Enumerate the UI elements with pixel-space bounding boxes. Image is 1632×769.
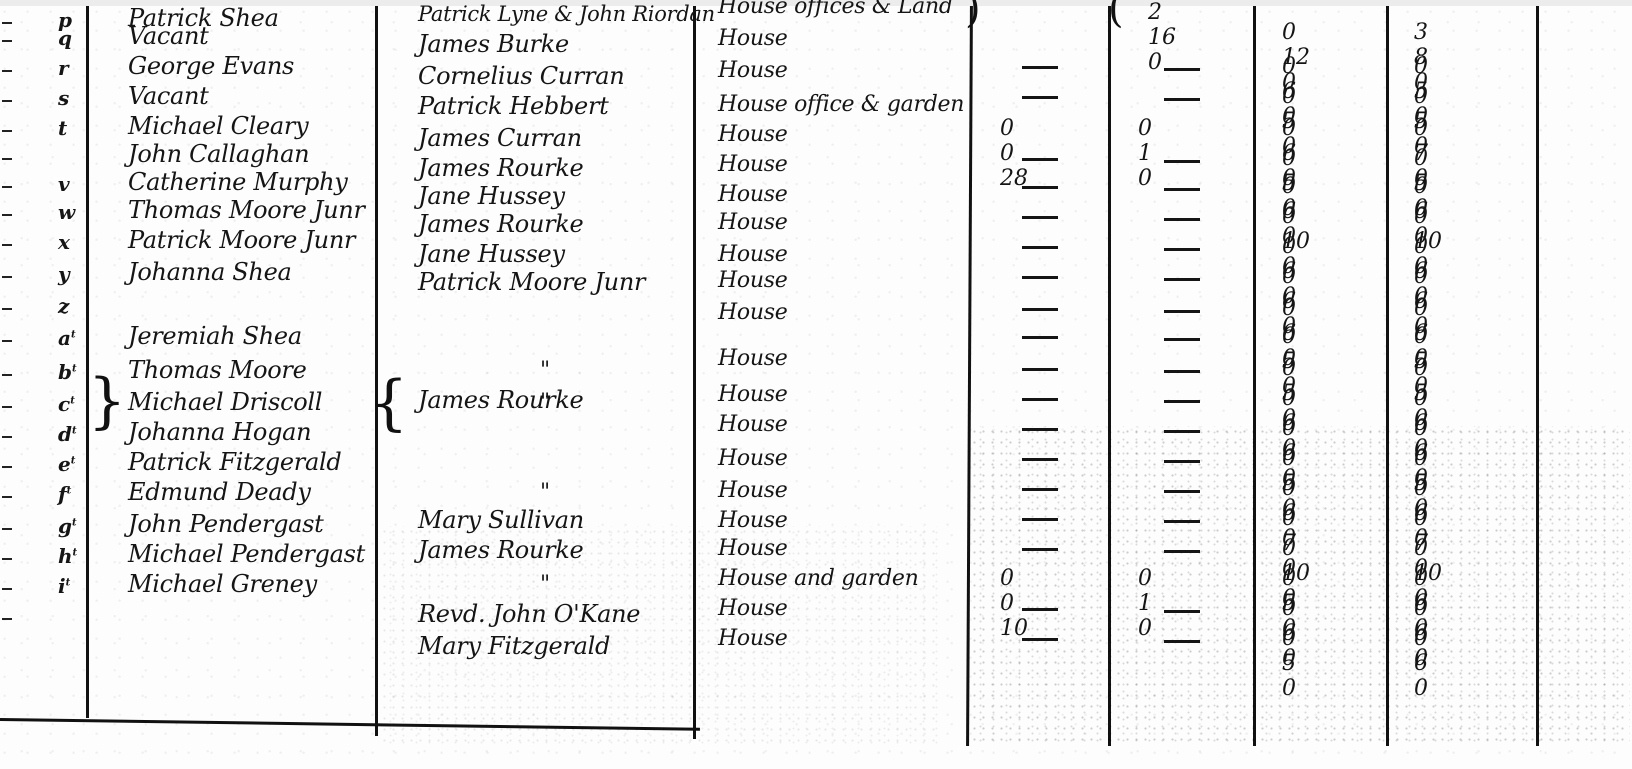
empty-dash [1022, 398, 1058, 401]
empty-dash [1022, 158, 1058, 161]
occupier-name: Michael Greney [128, 570, 317, 598]
empty-dash [1022, 66, 1058, 69]
map-reference: dt [58, 422, 77, 446]
empty-dash [1022, 186, 1058, 189]
empty-dash [1022, 246, 1058, 249]
map-reference: ht [58, 544, 77, 568]
property-description: House [718, 596, 787, 621]
lessor-name: James Rourke [418, 210, 583, 238]
margin-tick [2, 186, 12, 188]
margin-tick [2, 22, 12, 24]
lessor-name: James Burke [418, 30, 569, 58]
map-reference: z [58, 294, 69, 318]
property-description: House [718, 242, 787, 267]
property-description: House [718, 536, 787, 561]
property-description: House and garden [718, 566, 918, 591]
map-reference: r [58, 56, 69, 80]
empty-dash [1164, 520, 1200, 523]
occupier-name: Edmund Deady [128, 478, 311, 506]
lessor-name: James Curran [418, 124, 582, 152]
margin-tick [2, 588, 12, 590]
brace-mark: } [88, 366, 126, 436]
empty-dash [1022, 276, 1058, 279]
lessor-name: James Rourke [418, 386, 583, 414]
land-valuation: 2 16 0 [1148, 0, 1198, 75]
empty-dash [1164, 610, 1200, 613]
margin-tick [2, 466, 12, 468]
ditto-mark: " [540, 480, 550, 505]
property-description: House [718, 182, 787, 207]
land-valuation: 0 1 0 [1138, 566, 1174, 641]
empty-dash [1164, 460, 1200, 463]
occupier-name: John Pendergast [128, 510, 324, 538]
lessor-name: James Rourke [418, 536, 583, 564]
empty-dash [1022, 368, 1058, 371]
margin-tick [2, 130, 12, 132]
lessor-name: Mary Sullivan [418, 506, 584, 534]
total-valuation: 0 6 0 [1414, 626, 1450, 701]
margin-tick [2, 374, 12, 376]
empty-dash [1022, 308, 1058, 311]
empty-dash [1164, 640, 1200, 643]
map-reference: s [58, 86, 69, 110]
map-reference: ft [58, 482, 71, 506]
occupier-name: Catherine Murphy [128, 168, 348, 196]
map-reference: v [58, 172, 70, 196]
margin-tick [2, 276, 12, 278]
lessor-name: James Rourke [418, 154, 583, 182]
map-reference: gt [58, 514, 77, 538]
empty-dash [1164, 430, 1200, 433]
margin-tick [2, 214, 12, 216]
occupier-name: Vacant [128, 82, 209, 110]
empty-dash [1022, 96, 1058, 99]
empty-dash [1164, 188, 1200, 191]
lessor-name: Patrick Moore Junr [418, 268, 645, 296]
occupier-name: Johanna Shea [128, 258, 292, 286]
bottom-rule [0, 718, 700, 731]
occupier-name: Vacant [128, 22, 209, 50]
lessor-name: Mary Fitzgerald [418, 632, 610, 660]
map-reference: bt [58, 360, 77, 384]
occupier-name: George Evans [128, 52, 294, 80]
occupier-name: John Callaghan [128, 140, 309, 168]
lessor-name: Cornelius Curran [418, 62, 624, 90]
land-valuation: 0 1 0 [1138, 116, 1174, 191]
map-reference: it [58, 574, 70, 598]
property-description: House [718, 626, 787, 651]
empty-dash [1022, 458, 1058, 461]
empty-dash [1164, 218, 1200, 221]
property-description: House [718, 210, 787, 235]
margin-tick [2, 406, 12, 408]
property-description: House [718, 122, 787, 147]
property-description: House [718, 58, 787, 83]
empty-dash [1022, 216, 1058, 219]
map-reference: q [58, 26, 72, 50]
area-value: 0 0 10 [1000, 566, 1036, 641]
ditto-mark: " [540, 572, 550, 597]
empty-dash [1164, 278, 1200, 281]
column-rule [693, 6, 696, 739]
property-description: House [718, 382, 787, 407]
margin-tick [2, 528, 12, 530]
empty-dash [1022, 518, 1058, 521]
empty-dash [1164, 550, 1200, 553]
column-rule [86, 6, 89, 718]
lessor-name: Revd. John O'Kane [418, 600, 640, 628]
property-description: House [718, 508, 787, 533]
map-reference: w [58, 200, 75, 224]
property-description: House [718, 152, 787, 177]
ledger-page: } { ( ) pPatrick SheaPatrick Lyne & John… [0, 6, 1632, 769]
map-reference: t [58, 116, 67, 140]
lessor-name: Jane Hussey [418, 182, 565, 210]
area-value: 0 0 28 [1000, 116, 1036, 191]
lessor-name: Patrick Hebbert [418, 92, 608, 120]
margin-tick [2, 158, 12, 160]
empty-dash [1164, 68, 1200, 71]
column-rule [1108, 6, 1111, 746]
margin-tick [2, 558, 12, 560]
property-description: House [718, 300, 787, 325]
empty-dash [1022, 608, 1058, 611]
property-description: House [718, 26, 787, 51]
property-description: House [718, 346, 787, 371]
empty-dash [1164, 490, 1200, 493]
empty-dash [1022, 548, 1058, 551]
margin-tick [2, 618, 12, 620]
map-reference: y [58, 262, 70, 286]
ditto-mark: " [540, 390, 550, 415]
buildings-valuation: 0 5 0 [1282, 626, 1318, 701]
margin-tick [2, 100, 12, 102]
empty-dash [1164, 160, 1200, 163]
empty-dash [1164, 400, 1200, 403]
empty-dash [1164, 338, 1200, 341]
property-description: House office & garden [718, 92, 964, 117]
lessor-name: Jane Hussey [418, 240, 565, 268]
property-description: House offices & Land [718, 0, 953, 19]
occupier-name: Michael Driscoll [128, 388, 322, 416]
margin-tick [2, 340, 12, 342]
empty-dash [1164, 248, 1200, 251]
empty-dash [1164, 98, 1200, 101]
brace-mark: ( [1108, 0, 1124, 32]
brace-mark: ) [965, 0, 981, 32]
column-rule [966, 6, 973, 746]
empty-dash [1022, 428, 1058, 431]
property-description: House [718, 478, 787, 503]
property-description: House [718, 446, 787, 471]
lessor-name: Patrick Lyne & John Riordan [418, 2, 715, 26]
margin-tick [2, 244, 12, 246]
margin-tick [2, 70, 12, 72]
map-reference: et [58, 452, 75, 476]
empty-dash [1164, 370, 1200, 373]
occupier-name: Michael Cleary [128, 112, 308, 140]
property-description: House [718, 268, 787, 293]
occupier-name: Thomas Moore [128, 356, 306, 384]
margin-tick [2, 436, 12, 438]
ditto-mark: " [540, 358, 550, 383]
column-rule [1386, 6, 1389, 746]
property-description: House [718, 412, 787, 437]
occupier-name: Patrick Fitzgerald [128, 448, 341, 476]
empty-dash [1164, 310, 1200, 313]
empty-dash [1022, 488, 1058, 491]
map-reference: at [58, 326, 76, 350]
occupier-name: Thomas Moore Junr [128, 196, 365, 224]
map-reference: ct [58, 392, 75, 416]
empty-dash [1022, 336, 1058, 339]
column-rule [1536, 6, 1539, 746]
margin-tick [2, 496, 12, 498]
column-rule [1253, 6, 1256, 746]
brace-mark: { [370, 368, 408, 438]
occupier-name: Jeremiah Shea [128, 322, 302, 350]
map-reference: x [58, 230, 70, 254]
margin-tick [2, 308, 12, 310]
occupier-name: Patrick Moore Junr [128, 226, 355, 254]
margin-tick [2, 40, 12, 42]
occupier-name: Johanna Hogan [128, 418, 311, 446]
empty-dash [1022, 638, 1058, 641]
occupier-name: Michael Pendergast [128, 540, 365, 568]
